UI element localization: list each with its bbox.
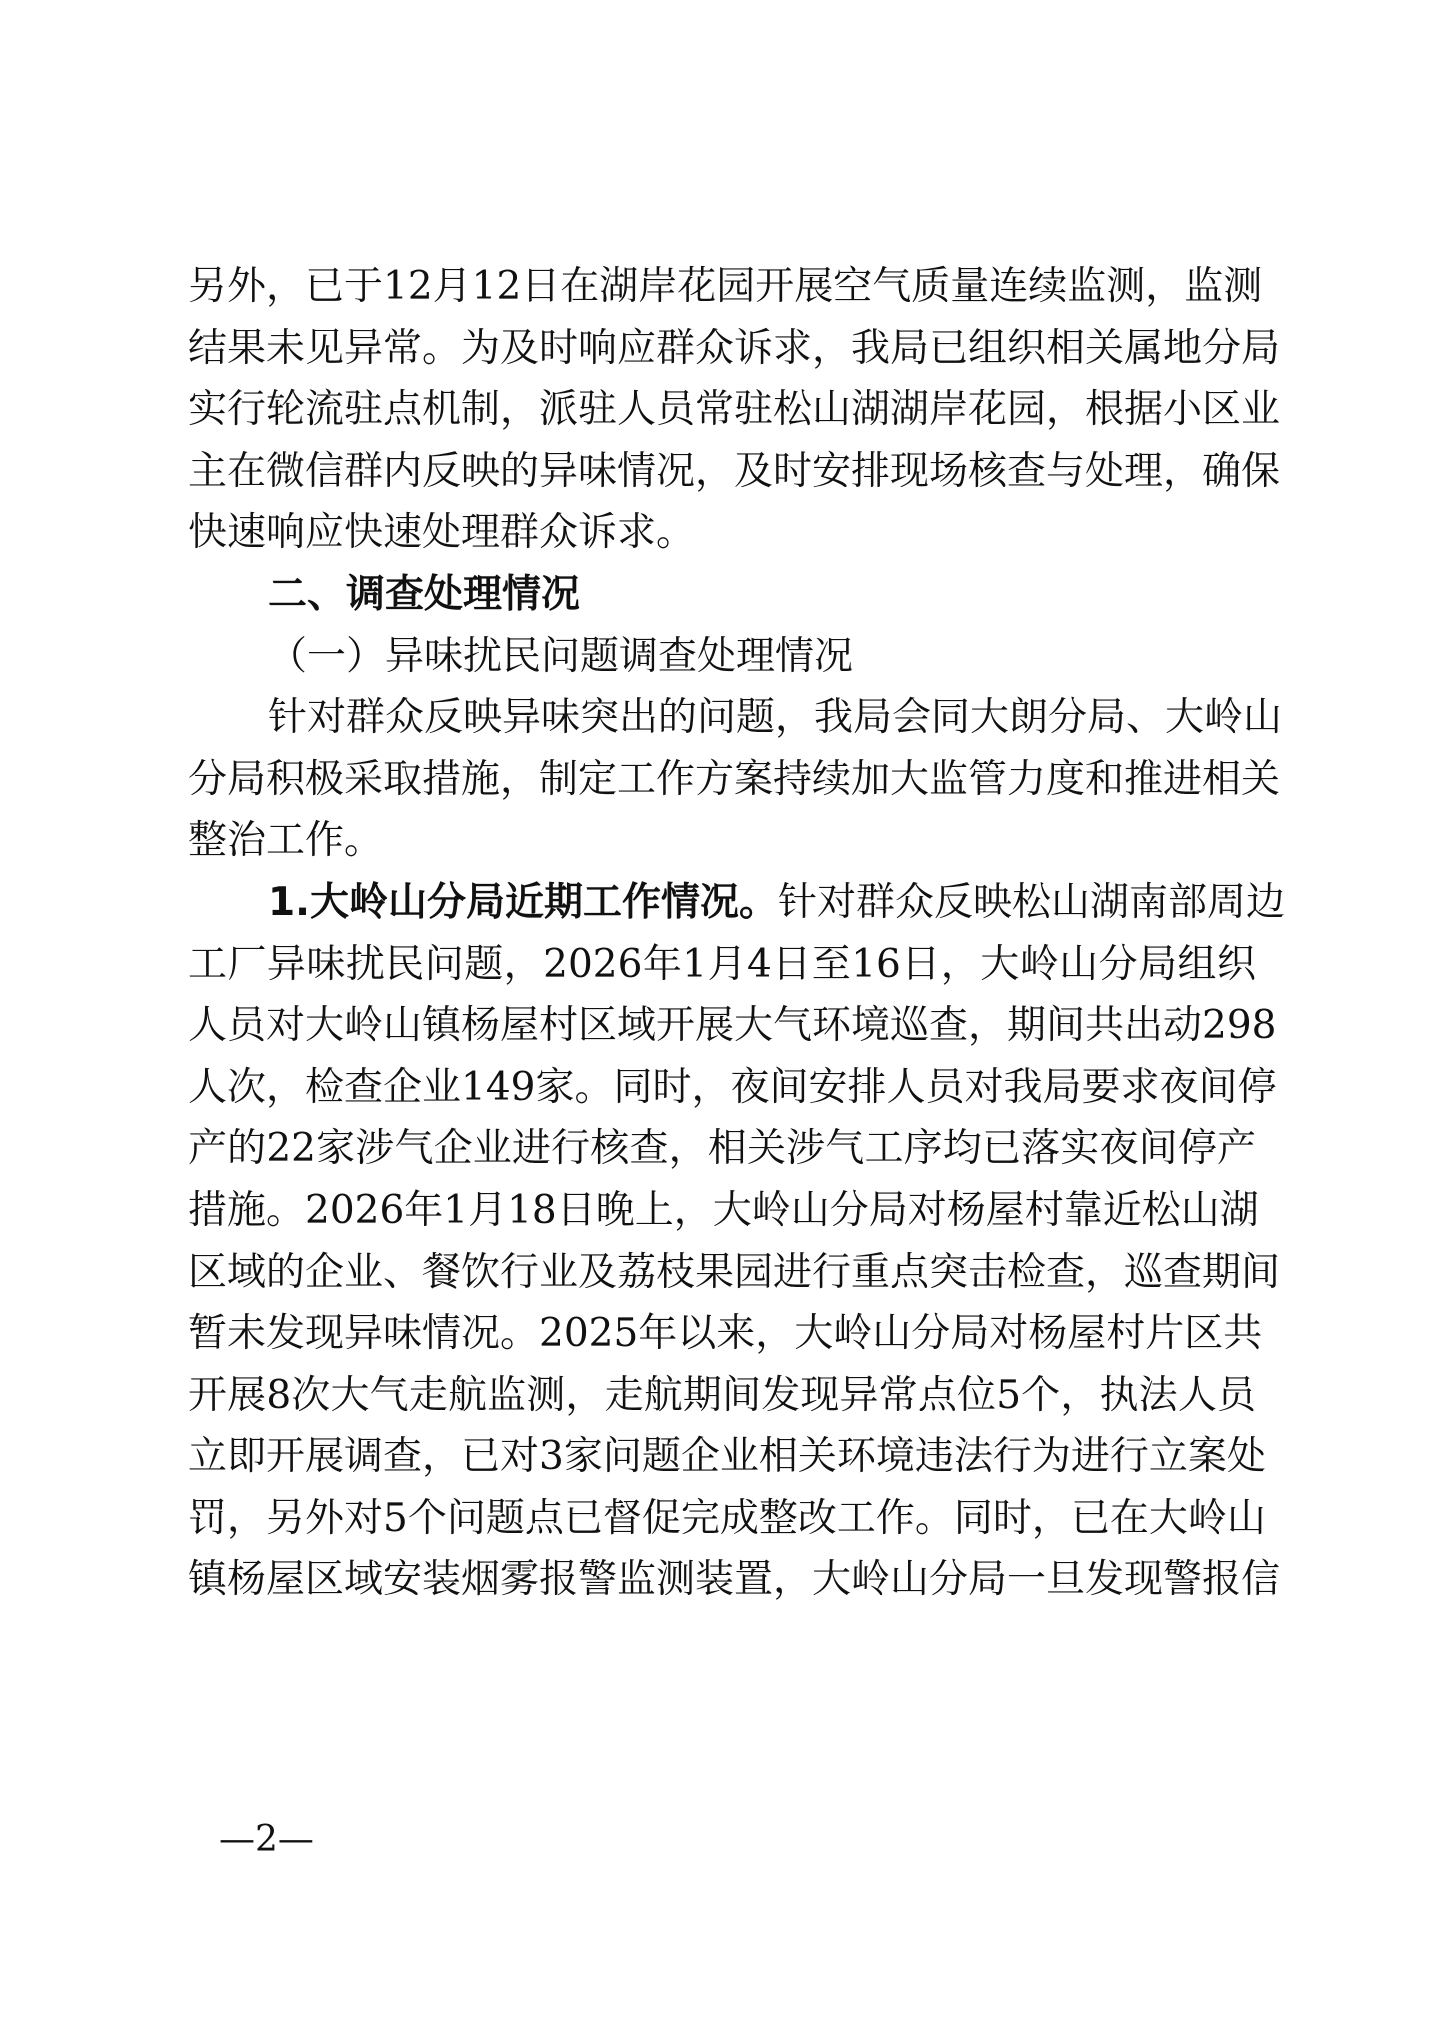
text-line: 暂未发现异味情况。2025年以来，大岭山分局对杨屋村片区共 [188, 1303, 1256, 1365]
paragraph-air-quality-monitoring: 另外，已于12月12日在湖岸花园开展空气质量连续监测，监测 结果未见异常。为及时… [188, 256, 1256, 564]
text-line: 开展8次大气走航监测，走航期间发现异常点位5个，执法人员 [188, 1365, 1256, 1427]
paragraph-lead: 1.大岭山分局近期工作情况。 [268, 880, 778, 925]
text-line: 措施。2026年1月18日晚上，大岭山分局对杨屋村靠近松山湖 [188, 1180, 1256, 1242]
subsection-heading: （一）异味扰民问题调查处理情况 [188, 626, 1256, 688]
paragraph-joint-measures: 针对群众反映异味突出的问题，我局会同大朗分局、大岭山 分局积极采取措施，制定工作… [188, 687, 1256, 872]
text-line: 另外，已于12月12日在湖岸花园开展空气质量连续监测，监测 [188, 256, 1256, 318]
section-heading: 二、调查处理情况 [188, 564, 1256, 626]
text-line: 立即开展调查，已对3家问题企业相关环境违法行为进行立案处 [188, 1426, 1256, 1488]
text-line: 工厂异味扰民问题，2026年1月4日至16日，大岭山分局组织 [188, 934, 1256, 996]
text-line: 罚，另外对5个问题点已督促完成整改工作。同时，已在大岭山 [188, 1488, 1256, 1550]
paragraph-dalingshan-work: 1.大岭山分局近期工作情况。针对群众反映松山湖南部周边 工厂异味扰民问题，202… [188, 872, 1256, 1611]
text-line: 产的22家涉气企业进行核查，相关涉气工序均已落实夜间停产 [188, 1118, 1256, 1180]
text-line: 快速响应快速处理群众诉求。 [188, 502, 1256, 564]
document-page: 另外，已于12月12日在湖岸花园开展空气质量连续监测，监测 结果未见异常。为及时… [188, 256, 1256, 1611]
text-line: 结果未见异常。为及时响应群众诉求，我局已组织相关属地分局 [188, 318, 1256, 380]
page-number: —2— [219, 1818, 314, 1862]
text-line: 1.大岭山分局近期工作情况。针对群众反映松山湖南部周边 [188, 872, 1256, 934]
text-line: 人次，检查企业149家。同时，夜间安排人员对我局要求夜间停 [188, 1057, 1256, 1119]
text-line: 人员对大岭山镇杨屋村区域开展大气环境巡查，期间共出动298 [188, 995, 1256, 1057]
text-run: 针对群众反映松山湖南部周边 [778, 880, 1285, 925]
text-line: 分局积极采取措施，制定工作方案持续加大监管力度和推进相关 [188, 749, 1256, 811]
text-line: 主在微信群内反映的异味情况，及时安排现场核查与处理，确保 [188, 441, 1256, 503]
text-line: 针对群众反映异味突出的问题，我局会同大朗分局、大岭山 [188, 687, 1256, 749]
text-line: 镇杨屋区域安装烟雾报警监测装置，大岭山分局一旦发现警报信 [188, 1549, 1256, 1611]
text-line: 实行轮流驻点机制，派驻人员常驻松山湖湖岸花园，根据小区业 [188, 379, 1256, 441]
text-line: 区域的企业、餐饮行业及荔枝果园进行重点突击检查，巡查期间 [188, 1242, 1256, 1304]
text-line: 整治工作。 [188, 810, 1256, 872]
